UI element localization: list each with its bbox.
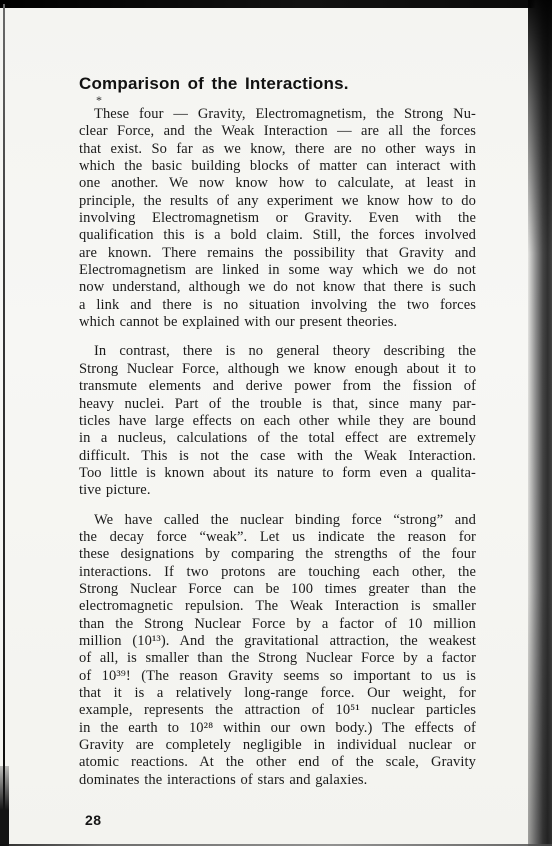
- text-line: that exist. So far as we know, there are…: [79, 141, 476, 158]
- text-line: tive picture.: [79, 482, 476, 499]
- text-line: of all, is smaller than the Strong Nucle…: [79, 650, 476, 667]
- page-edge-shadow: [528, 0, 552, 846]
- text-line: Strong Nuclear Force, although we know e…: [79, 361, 476, 378]
- text-line: than the Strong Nuclear Force by a facto…: [79, 616, 476, 633]
- book-spine-line: [3, 4, 5, 846]
- text-line: which cannot be explained with our prese…: [79, 314, 476, 331]
- text-line: transmute elements and derive power from…: [79, 378, 476, 395]
- text-line: Gravity are completely negligible in ind…: [79, 737, 476, 754]
- paragraph-strength-comparison: We have called the nuclear binding force…: [79, 512, 476, 790]
- scan-top-edge: [0, 0, 552, 8]
- text-line: ticles have large effects on each other …: [79, 413, 476, 430]
- text-line: heavy nuclei. Part of the trouble is tha…: [79, 396, 476, 413]
- text-line: of 10³⁹! (The reason Gravity seems so im…: [79, 668, 476, 685]
- text-line: a link and there is no situation involvi…: [79, 297, 476, 314]
- page-number: 28: [85, 812, 102, 828]
- text-line: in a nucleus, calculations of the total …: [79, 430, 476, 447]
- text-line: Strong Nuclear Force can be 100 times gr…: [79, 581, 476, 598]
- text-line: electromagnetic repulsion. The Weak Inte…: [79, 598, 476, 615]
- text-line: example, represents the attraction of 10…: [79, 702, 476, 719]
- text-line: which the basic building blocks of matte…: [79, 158, 476, 175]
- scanned-book-page: Comparison of the Interactions. * These …: [0, 0, 552, 846]
- text-line: are known. There remains the possibility…: [79, 245, 476, 262]
- paragraph-forces-that-exist: These four — Gravity, Electromagnetism, …: [79, 106, 476, 331]
- text-line: million (10¹³). And the gravitational at…: [79, 633, 476, 650]
- text-line: Electromagnetism are linked in some way …: [79, 262, 476, 279]
- scan-corner-shadow: [0, 766, 9, 846]
- text-line: dominates the interactions of stars and …: [79, 772, 476, 789]
- text-line: These four — Gravity, Electromagnetism, …: [79, 106, 476, 123]
- text-line: We have called the nuclear binding force…: [79, 512, 476, 529]
- text-line: involving Electromagnetism or Gravity. E…: [79, 210, 476, 227]
- text-line: in the earth to 10²⁸ within our own body…: [79, 720, 476, 737]
- footnote-asterisk: *: [96, 96, 476, 106]
- text-line: In contrast, there is no general theory …: [79, 343, 476, 360]
- text-line: Too little is known about its nature to …: [79, 465, 476, 482]
- text-line: that it is a relatively long-range force…: [79, 685, 476, 702]
- text-line: one another. We now know how to calculat…: [79, 175, 476, 192]
- section-heading: Comparison of the Interactions.: [79, 74, 476, 94]
- text-line: qualification this is a bold claim. Stil…: [79, 227, 476, 244]
- text-line: now understand, although we do not know …: [79, 279, 476, 296]
- paragraph-strong-force-theory: In contrast, there is no general theory …: [79, 343, 476, 499]
- text-line: the decay force “weak”. Let us indicate …: [79, 529, 476, 546]
- page-text-block: Comparison of the Interactions. * These …: [79, 74, 476, 789]
- text-line: clear Force, and the Weak Interaction — …: [79, 123, 476, 140]
- text-line: interactions. If two protons are touchin…: [79, 564, 476, 581]
- text-line: these designations by comparing the stre…: [79, 546, 476, 563]
- text-line: atomic reactions. At the other end of th…: [79, 754, 476, 771]
- text-line: difficult. This is not the case with the…: [79, 448, 476, 465]
- text-line: principle, the results of any experiment…: [79, 193, 476, 210]
